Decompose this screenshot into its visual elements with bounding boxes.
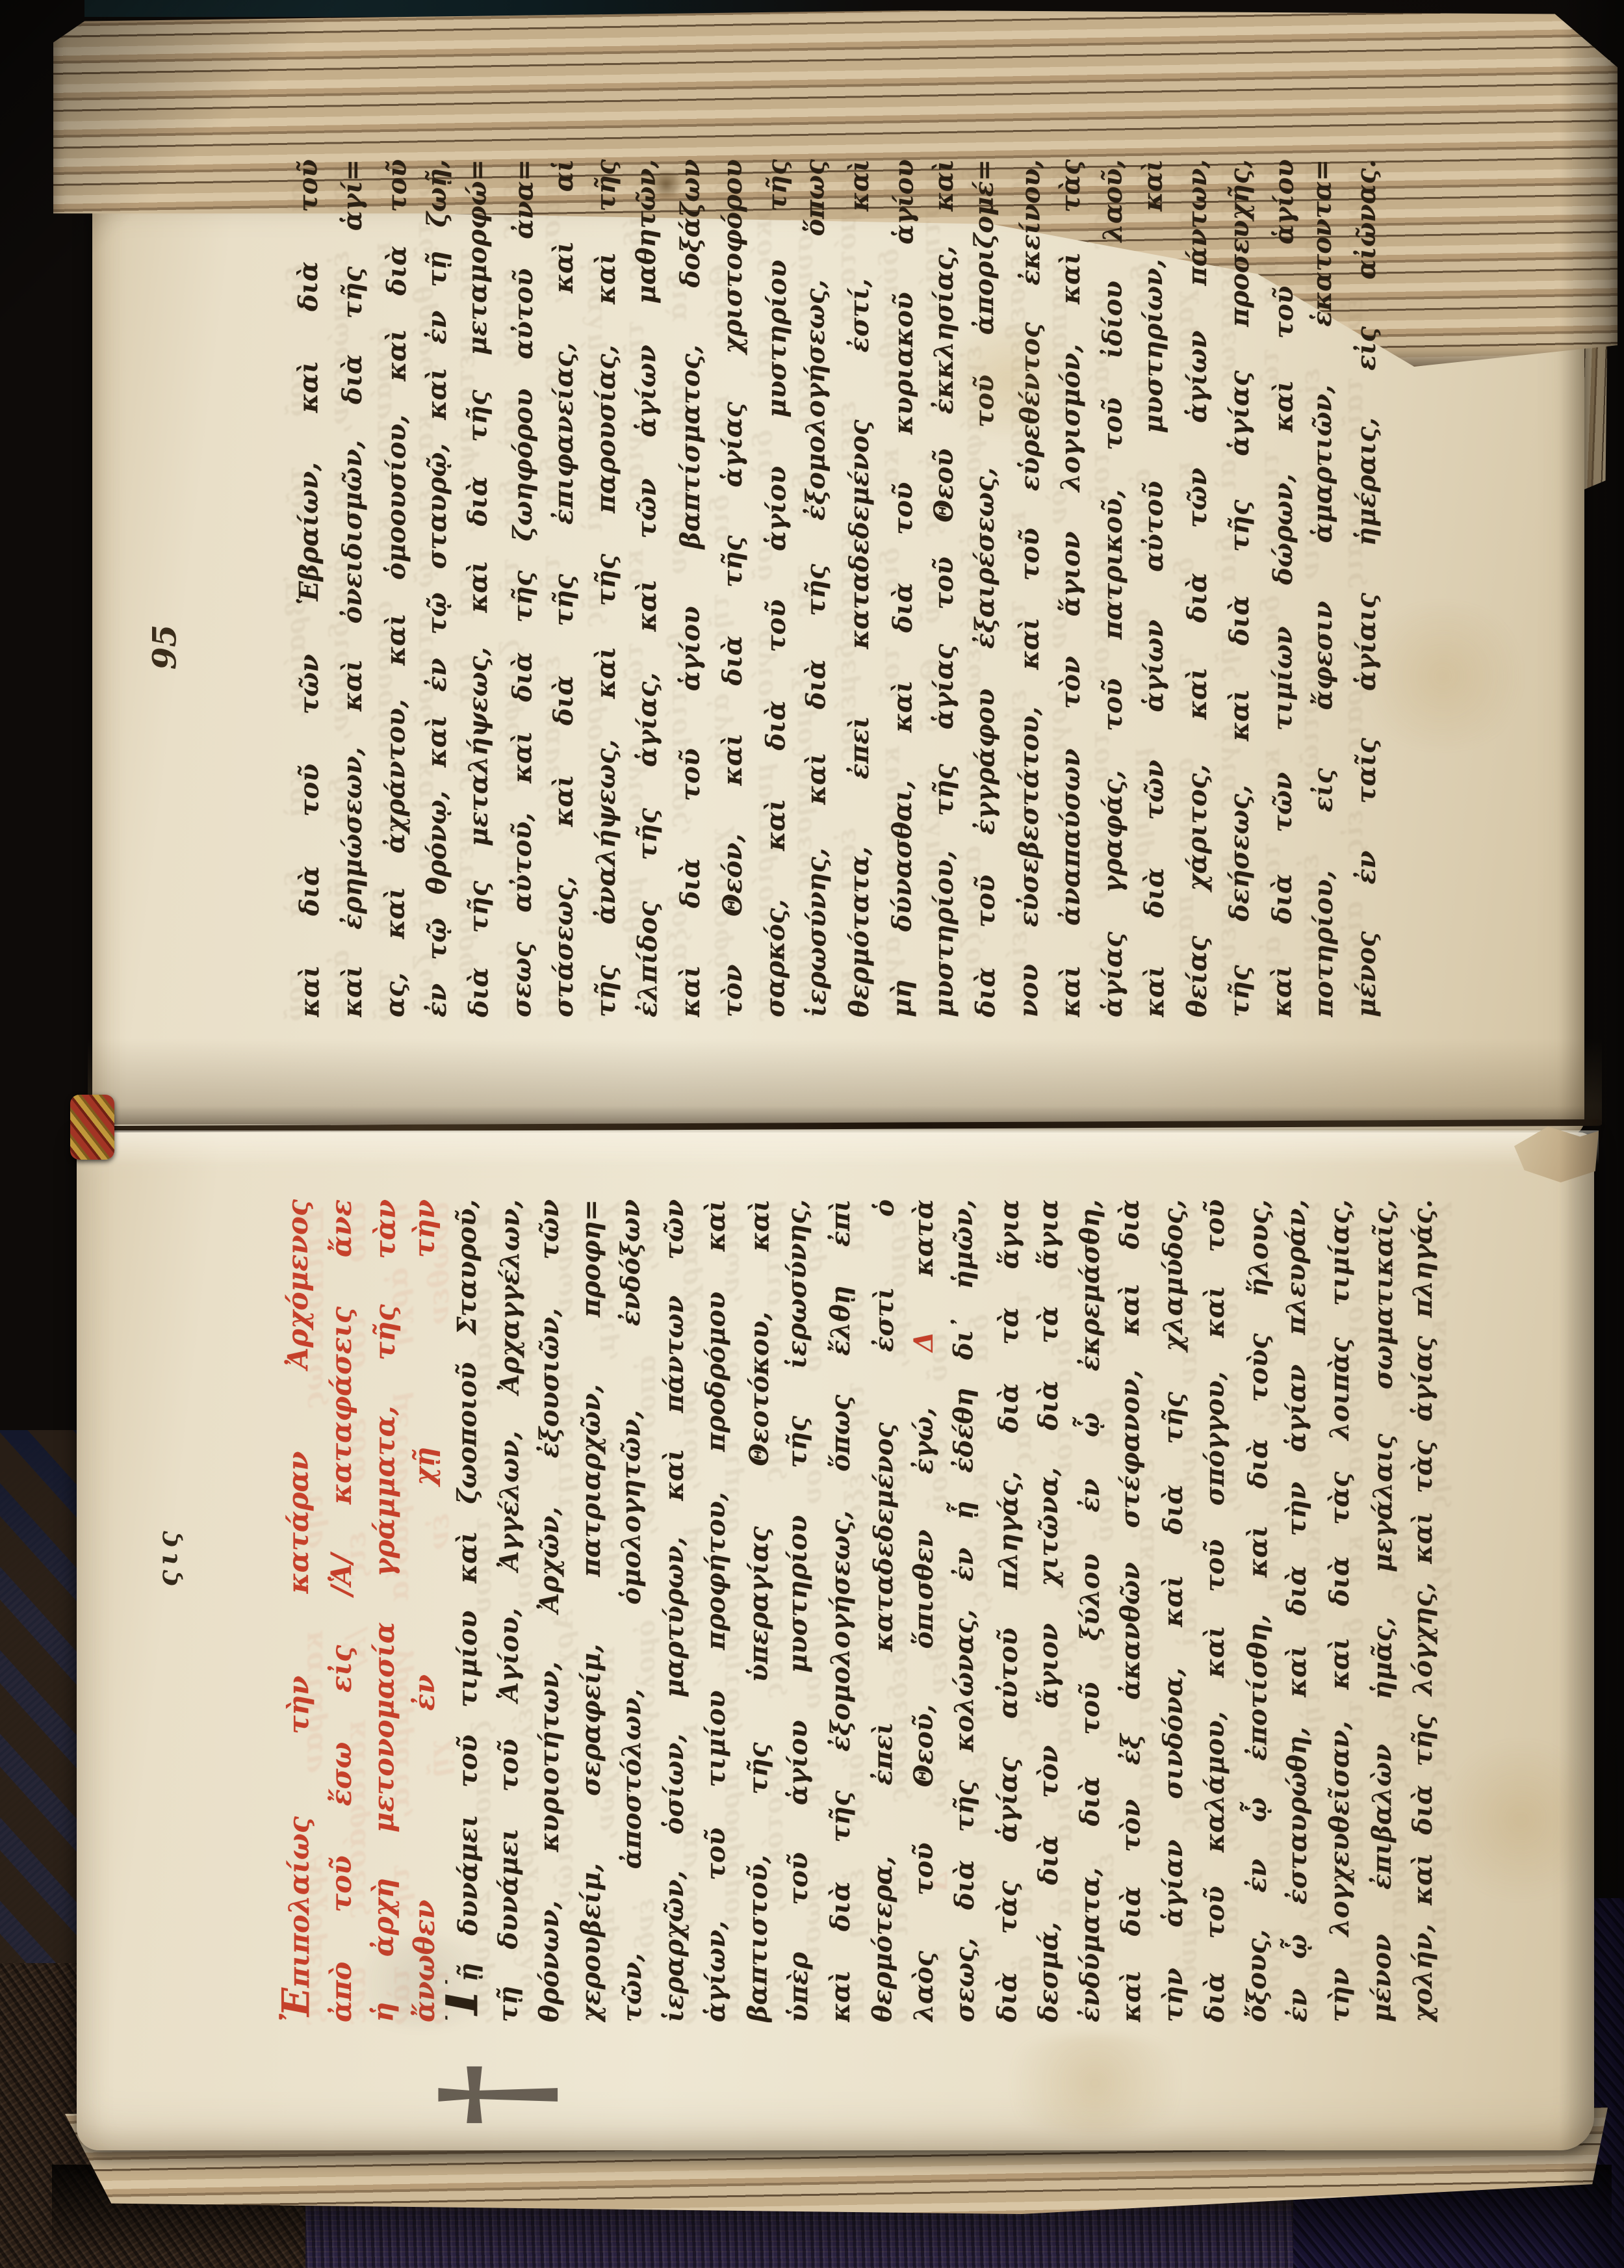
manuscript-line: καὶ ἐρημώσεων, καὶ ὀνειδισμῶν, διὰ τῆς ἁ… — [331, 159, 374, 1017]
manuscript-line: μένος ἐν ταῖς ἁγίαις ἡμέραις, εἰς αἰῶνας… — [1345, 159, 1387, 1017]
manuscript-line: θείας χάριτος, καὶ διὰ τῶν ἁγίων πάντων, — [1176, 159, 1218, 1017]
manuscript-line: ὄξους, ἐν ᾧ ἐποτίσθη, καὶ διὰ τοὺς ἥλους… — [1236, 1199, 1280, 2022]
manuscript-line: ἱεραρχῶν, ὁσίων, μαρτύρων, καὶ πάντων τῶ… — [654, 1199, 695, 2022]
manuscript-line: τὸν Θεόν, καὶ διὰ τῆς ἁγίας χριστοφόρου — [712, 159, 754, 1017]
manuscript-line: μυστηρίου, τῆς ἁγίας τοῦ Θεοῦ ἐκκλησίας,… — [923, 159, 965, 1017]
manuscript-line: καὶ διὰ τῶν ἁγίων αὐτοῦ μυστηρίων, καὶ — [1132, 159, 1176, 1017]
manuscript-line: ας, καὶ ἀχράντου, καὶ ὁμοουσίου, καὶ διὰ… — [374, 159, 418, 1017]
manuscript-photo: καὶ διὰ τοῦ τῶν Ἑβραίων, καὶ διὰ τοῦκαὶ … — [0, 0, 1624, 2268]
gutter-highlight — [84, 1130, 1599, 1164]
folio-number-text: 95 — [145, 625, 183, 670]
bottom-page-text-block: Ἐπιπολαίως τὴν κατάραν Ἀρχόμενοςἀπὸ τοῦ … — [279, 1199, 1449, 2022]
manuscript-line: μὴ δύνασθαι, καὶ διὰ τοῦ κυριακοῦ ἁγίου — [881, 159, 925, 1017]
endband — [70, 1095, 114, 1160]
manuscript-line: θρόνων, κυριοτήτων, Ἀρχῶν, ἐξουσιῶν, τῶν — [529, 1199, 571, 2022]
manuscript-line: στάσεως, καὶ διὰ τῆς ἐπιφανείας, καὶ αἱ — [543, 159, 585, 1017]
manuscript-line: ὑπὲρ τοῦ ἁγίου μυστηρίου τῆς ἱερωσύνης, — [777, 1199, 820, 2022]
manuscript-line: χερουβείμ, σεραφείμ, πατριαρχῶν, προφη= — [571, 1199, 612, 2022]
manuscript-line: ἁγίας γραφάς, τοῦ πατρικοῦ, τοῦ ἰδίου λα… — [1092, 159, 1134, 1017]
manuscript-line: διὰ τῆς μεταλήψεως, καὶ διὰ τῆς μεταμορφ… — [456, 159, 500, 1017]
manuscript-line: τῆς δεήσεως, καὶ διὰ τῆς ἁγίας προσευχῆς… — [1218, 159, 1261, 1017]
margin-annotation: ςις — [138, 1515, 209, 1625]
margin-annotation-text: ςις — [152, 1526, 184, 1586]
manuscript-line: τῇ δυνάμει τοῦ Ἁγίου, Ἀγγέλων, Ἀρχαγγέλω… — [487, 1199, 531, 2022]
manuscript-line: καὶ διὰ τῆς ἐξομολογήσεως, ὅπως ἔλθῃ ἐπὶ — [820, 1199, 862, 2022]
manuscript-line: ἁγίων, τοῦ τιμίου προφήτου, προδρόμου κα… — [695, 1199, 737, 2022]
manuscript-line: δεσμά, διὰ τὸν ἅγιον χιτῶνα, διὰ τὰ ἅγια — [1028, 1199, 1070, 2022]
manuscript-line: Τῇ δυνάμει τοῦ τιμίου καὶ ζωοποιοῦ Σταυρ… — [444, 1199, 487, 2022]
manuscript-line: ποτηρίου, εἰς ἄφεσιν ἁμαρτιῶν, ἑκατοντα= — [1301, 159, 1345, 1017]
manuscript-line: μένον ἐπιβαλὼν ἡμᾶς, μεγάλαις σωματικαῖς… — [1361, 1199, 1404, 2022]
manuscript-line: ἐν τῷ θρόνῳ, καὶ ἐν τῷ σταυρῷ, καὶ ἐν τῇ… — [416, 159, 458, 1017]
manuscript-line: καὶ διὰ τῶν τιμίων δώρων, καὶ τοῦ ἁγίου — [1261, 159, 1305, 1017]
manuscript-line: σεως αὐτοῦ, καὶ διὰ τῆς ζωηφόρου αὐτοῦ ἀ… — [500, 159, 545, 1017]
manuscript-line: ἐνδύματα, διὰ τοῦ ξύλου ἐν ᾧ ἐκρεμάσθη, — [1070, 1199, 1111, 2022]
manuscript-line: ἱερωσύνης, καὶ διὰ τῆς ἐξομολογήσεως, ὅπ… — [794, 159, 838, 1017]
manuscript-line: ἐν ᾧ ἐσταυρώθη, καὶ διὰ τὴν ἁγίαν πλευρά… — [1276, 1199, 1319, 2022]
manuscript-line: καὶ διὰ τοῦ ἁγίου βαπτίσματος, δοξάζων — [669, 159, 712, 1017]
manuscript-line: σαρκός, καὶ διὰ τοῦ ἁγίου μυστηρίου τῆς — [754, 159, 798, 1017]
manuscript-line: χολήν, καὶ διὰ τῆς λόγχης, καὶ τὰς ἁγίας… — [1402, 1199, 1444, 2022]
manuscript-line: καὶ ἀναπαύσων τὸν ἅγιον λογισμόν, καὶ τὰ… — [1050, 159, 1092, 1017]
manuscript-line: διὰ τοῦ καλάμου, καὶ τοῦ σπόγγου, καὶ το… — [1194, 1199, 1236, 2022]
gutter-shadow — [88, 1039, 1602, 1125]
manuscript-line: νου εὐσεβεστάτου, καὶ τοῦ εὑρεθέντος ἐκε… — [1007, 159, 1051, 1017]
manuscript-line: σεως, διὰ τῆς κολώνας, ἐν ᾗ ἐδέθη δι᾽ ἡμ… — [943, 1199, 986, 2022]
manuscript-line: τῆς ἀναλήψεως, καὶ τῆς παρουσίας, καὶ τῆ… — [585, 159, 627, 1017]
manuscript-line: τὴν ἁγίαν σινδόνα, καὶ διὰ τῆς χλαμύδος, — [1153, 1199, 1194, 2022]
red-initial-mark: Δ — [909, 1332, 939, 1352]
manuscript-line: ἄνωθεν ἐν χῇ τὴν — [404, 1199, 446, 2022]
manuscript-line: τὴν λογχευθεῖσαν, καὶ διὰ τὰς λοιπὰς τιμ… — [1319, 1199, 1361, 2022]
manuscript-line: καὶ διὰ τὸν ἐξ ἀκανθῶν στέφανον, καὶ διὰ — [1109, 1199, 1153, 2022]
manuscript-line: θερμότατα, ἐπεὶ καταδεδεμένος ἐστί, καὶ — [838, 159, 881, 1017]
manuscript-line: ἐλπίδος τῆς ἁγίας, καὶ τῶν ἁγίων μαθητῶν… — [625, 159, 669, 1017]
top-page-text-block: καὶ διὰ τοῦ τῶν Ἑβραίων, καὶ διὰ τοῦκαὶ … — [289, 159, 1387, 1017]
manuscript-line: θερμότερα, ἐπεὶ καταδεδεμένος ἐστὶ ὁ — [862, 1199, 905, 2022]
manuscript-line: διὰ τὰς ἁγίας αὐτοῦ πληγάς, διὰ τὰ ἅγια — [986, 1199, 1030, 2022]
manuscript-line: λαὸς τοῦ Θεοῦ, ὅπισθεν ἐγώ, Δ κατὰ — [903, 1199, 945, 2022]
manuscript-line: τῶν, ἀποστόλων, ὁμολογητῶν, ἐνδόξων — [610, 1199, 654, 2022]
cross-icon: † — [463, 2027, 612, 2137]
folio-number: 95 — [142, 628, 220, 706]
manuscript-line: Ἐπιπολαίως τὴν κατάραν Ἀρχόμενος — [277, 1199, 321, 2022]
manuscript-line: ἀπὸ τοῦ ἔσω εἰς /Ἁ/ καταφάσεις ἄνε — [321, 1199, 363, 2022]
manuscript-line: διὰ τοῦ ἐγγράφου ἐξαιρέσεως, τοῦ ἀποριζο… — [963, 159, 1007, 1017]
manuscript-line: καὶ διὰ τοῦ τῶν Ἑβραίων, καὶ διὰ τοῦ — [287, 159, 331, 1017]
cross-glyph: † — [408, 2063, 578, 2127]
manuscript-line: βαπτιστοῦ, τῆς ὑπεραγίας Θεοτόκου, καὶ — [737, 1199, 780, 2022]
manuscript-line: ἡ ἀρχὴ μετονομασία γράμματα, τῆς τὰν — [363, 1199, 406, 2022]
